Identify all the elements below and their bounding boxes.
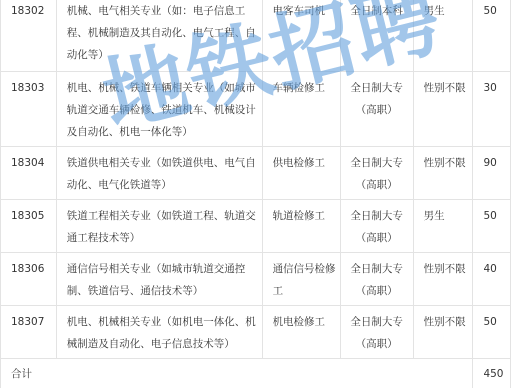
education-line2: （高职） [341,174,413,196]
headcount: 30 [473,72,511,147]
major-requirement: 铁道供电相关专业（如铁道供电、电气自动化、电气化铁道等） [56,147,262,200]
education-requirement: 全日制大专 （高职） [340,306,413,359]
table-row: 18307 机电、机械相关专业（如机电一体化、机械制造及自动化、电子信息技术等）… [1,306,511,359]
gender-requirement: 男生 [413,200,473,253]
headcount: 50 [473,306,511,359]
major-requirement: 机电、机械相关专业（如机电一体化、机械制造及自动化、电子信息技术等） [56,306,262,359]
education-line1: 全日制大专 [350,210,403,222]
recruitment-table-container: 18302 机械、电气相关专业（如：电子信息工程、机械制造及其自动化、电气工程、… [0,0,511,388]
education-requirement: 全日制本科 [340,0,413,72]
education-requirement: 全日制大专 （高职） [340,147,413,200]
table-row: 18306 通信信号相关专业（如城市轨道交通控制、铁道信号、通信技术等） 通信信… [1,253,511,306]
major-requirement: 通信信号相关专业（如城市轨道交通控制、铁道信号、通信技术等） [56,253,262,306]
education-requirement: 全日制大专 （高职） [340,72,413,147]
major-requirement: 机械、电气相关专业（如：电子信息工程、机械制造及其自动化、电气工程、自动化等） [56,0,262,72]
education-line2: （高职） [341,280,413,302]
education-line1: 全日制大专 [350,263,403,275]
table-row: 18305 铁道工程相关专业（如铁道工程、轨道交通工程技术等） 轨道检修工 全日… [1,200,511,253]
position-code: 18305 [1,200,57,253]
table-row: 18304 铁道供电相关专业（如铁道供电、电气自动化、电气化铁道等） 供电检修工… [1,147,511,200]
education-line1: 全日制大专 [350,316,403,328]
education-line1: 全日制大专 [350,157,403,169]
major-requirement: 机电、机械、铁道车辆相关专业（如城市轨道交通车辆检修、铁道机车、机械设计及自动化… [56,72,262,147]
headcount: 90 [473,147,511,200]
gender-requirement: 性别不限 [413,147,473,200]
position-name: 电客车司机 [262,0,340,72]
gender-requirement: 性别不限 [413,253,473,306]
position-code: 18306 [1,253,57,306]
education-line2: （高职） [341,227,413,249]
headcount: 40 [473,253,511,306]
education-line2: （高职） [341,99,413,121]
position-name: 通信信号检修工 [262,253,340,306]
major-requirement: 铁道工程相关专业（如铁道工程、轨道交通工程技术等） [56,200,262,253]
position-code: 18304 [1,147,57,200]
position-code: 18302 [1,0,57,72]
position-code: 18307 [1,306,57,359]
education-requirement: 全日制大专 （高职） [340,253,413,306]
table-row: 18302 机械、电气相关专业（如：电子信息工程、机械制造及其自动化、电气工程、… [1,0,511,72]
position-name: 机电检修工 [262,306,340,359]
headcount: 50 [473,200,511,253]
education-line1: 全日制大专 [350,82,403,94]
education-line1: 全日制本科 [350,5,403,17]
position-name: 车辆检修工 [262,72,340,147]
position-name: 轨道检修工 [262,200,340,253]
headcount: 50 [473,0,511,72]
total-count: 450 [473,359,511,388]
gender-requirement: 性别不限 [413,72,473,147]
gender-requirement: 男生 [413,0,473,72]
total-row: 合计 450 [1,359,511,388]
gender-requirement: 性别不限 [413,306,473,359]
education-requirement: 全日制大专 （高职） [340,200,413,253]
recruitment-table: 18302 机械、电气相关专业（如：电子信息工程、机械制造及其自动化、电气工程、… [0,0,511,388]
education-line2: （高职） [341,333,413,355]
table-row: 18303 机电、机械、铁道车辆相关专业（如城市轨道交通车辆检修、铁道机车、机械… [1,72,511,147]
position-name: 供电检修工 [262,147,340,200]
position-code: 18303 [1,72,57,147]
total-label: 合计 [1,359,473,388]
